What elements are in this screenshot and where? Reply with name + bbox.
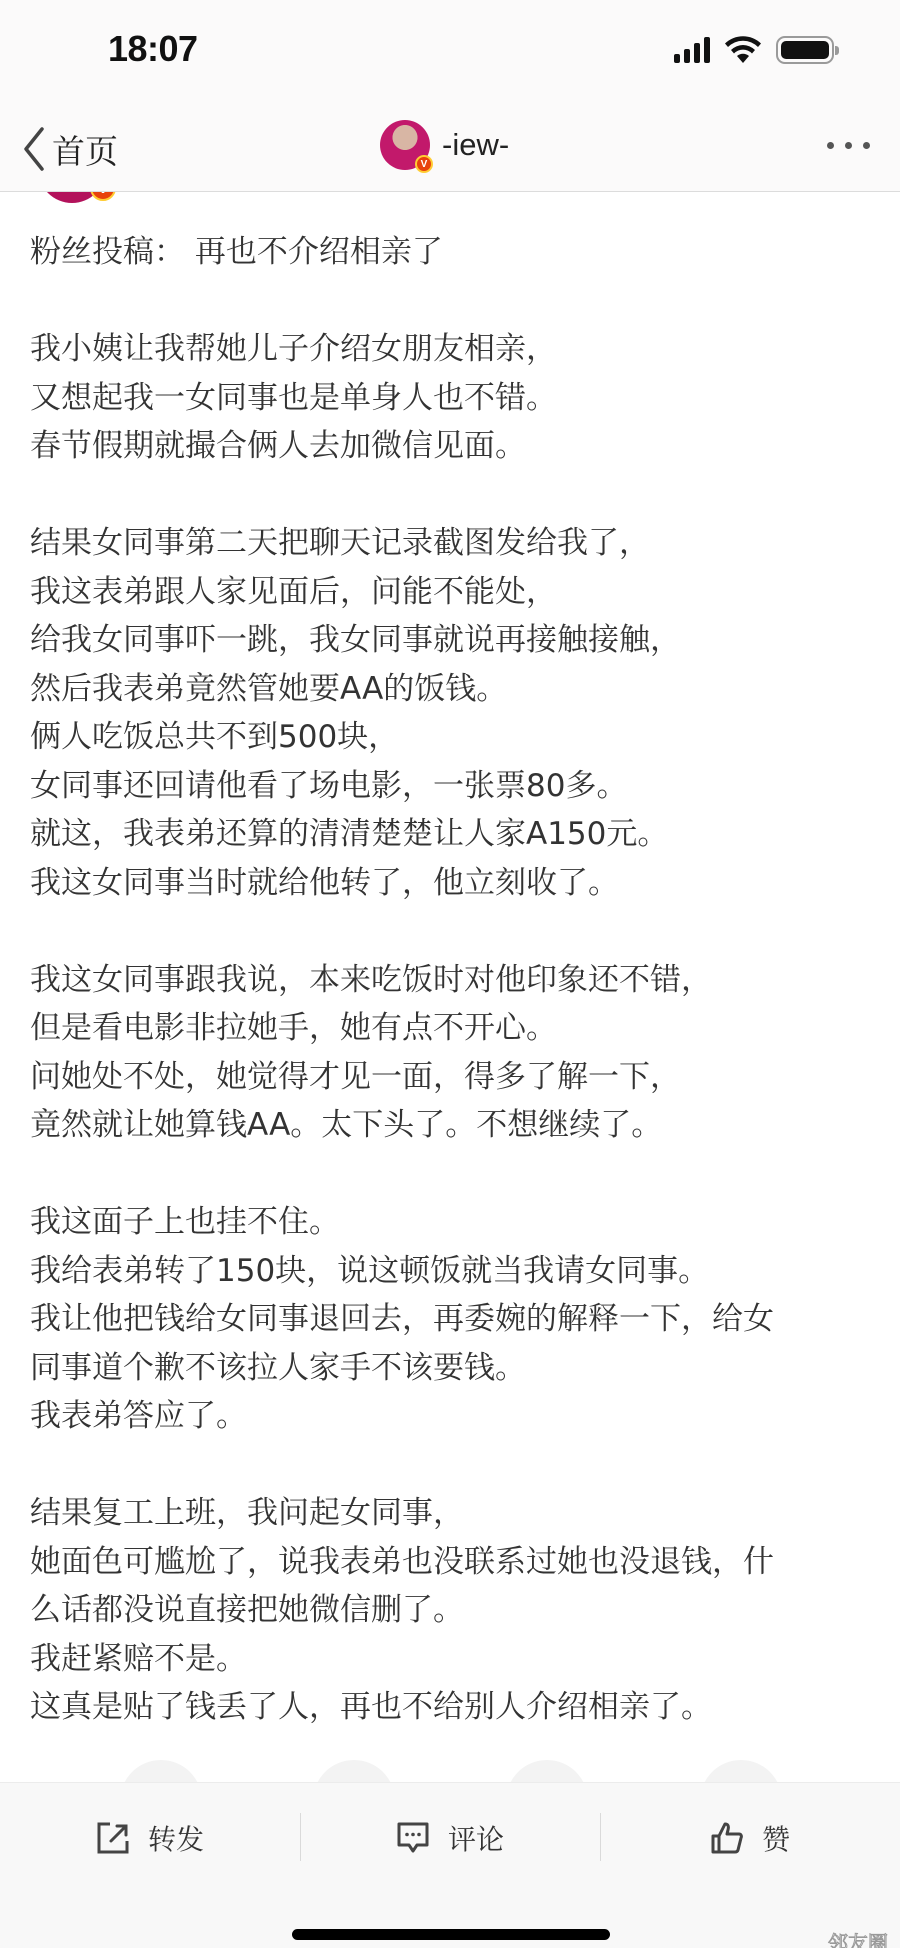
home-indicator[interactable] (292, 1929, 610, 1940)
post-title: 粉丝投稿： 再也不介绍相亲了 (30, 228, 870, 277)
comment-icon (396, 1821, 430, 1855)
post-line: 我这表弟跟人家见面后，问能不能处， (30, 568, 870, 617)
post-line: 这真是贴了钱丢了人，再也不给别人介绍相亲了。 (30, 1683, 870, 1732)
post-body: 粉丝投稿： 再也不介绍相亲了 我小姨让我帮她儿子介绍女朋友相亲， 又想起我一女同… (30, 228, 870, 1732)
post-line: 结果复工上班，我问起女同事， (30, 1489, 870, 1538)
comment-label: 评论 (448, 1818, 504, 1858)
post-line: 我小姨让我帮她儿子介绍女朋友相亲， (30, 325, 870, 374)
nav-bar: 首页 V -iew- (0, 110, 900, 192)
watermark: 邻友圈 (828, 1927, 888, 1948)
nav-user[interactable]: V -iew- (380, 120, 509, 170)
post-line: 我赶紧赔不是。 (30, 1635, 870, 1684)
post-line: 我让他把钱给女同事退回去，再委婉的解释一下，给女 (30, 1295, 870, 1344)
post-line: 她面色可尴尬了，说我表弟也没联系过她也没退钱，什 (30, 1538, 870, 1587)
status-time: 18:07 (108, 28, 198, 70)
action-bar: 转发 评论 赞 邻友圈 (0, 1782, 900, 1948)
wifi-icon (724, 36, 762, 64)
post-line: 但是看电影非拉她手，她有点不开心。 (30, 1004, 870, 1053)
avatar[interactable]: V (380, 120, 430, 170)
post-line: 我这面子上也挂不住。 (30, 1198, 870, 1247)
status-bar: 18:07 (0, 0, 900, 110)
battery-icon (776, 36, 834, 64)
repost-button[interactable]: 转发 (96, 1813, 204, 1863)
divider (600, 1813, 601, 1861)
back-button[interactable]: 首页 (22, 124, 118, 174)
like-label: 赞 (762, 1818, 790, 1858)
divider (300, 1813, 301, 1861)
post-line: 问她处不处，她觉得才见一面，得多了解一下， (30, 1053, 870, 1102)
post-line: 春节假期就撮合俩人去加微信见面。 (30, 422, 870, 471)
post-line: 俩人吃饭总共不到500块， (30, 713, 870, 762)
like-button[interactable]: 赞 (710, 1813, 790, 1863)
post-line: 就这，我表弟还算的清清楚楚让人家A150元。 (30, 810, 870, 859)
post-line: 给我女同事吓一跳，我女同事就说再接触接触， (30, 616, 870, 665)
verified-badge-icon: V (415, 155, 433, 173)
post-line: 我这女同事当时就给他转了，他立刻收了。 (30, 859, 870, 908)
post-line: 女同事还回请他看了场电影，一张票80多。 (30, 762, 870, 811)
repost-label: 转发 (148, 1818, 204, 1858)
post-line: 然后我表弟竟然管她要AA的饭钱。 (30, 665, 870, 714)
post-line: 么话都没说直接把她微信删了。 (30, 1586, 870, 1635)
post-line: 我这女同事跟我说，本来吃饭时对他印象还不错， (30, 956, 870, 1005)
post-line: 我给表弟转了150块，说这顿饭就当我请女同事。 (30, 1247, 870, 1296)
username[interactable]: -iew- (442, 127, 509, 163)
repost-icon (96, 1821, 130, 1855)
post-line: 我表弟答应了。 (30, 1392, 870, 1441)
post-line: 结果女同事第二天把聊天记录截图发给我了， (30, 519, 870, 568)
more-icon (827, 142, 834, 149)
back-label: 首页 (52, 126, 118, 173)
more-button[interactable] (827, 142, 870, 149)
post-line: 又想起我一女同事也是单身人也不错。 (30, 374, 870, 423)
chevron-left-icon (22, 126, 46, 172)
signal-icon (674, 37, 710, 63)
comment-button[interactable]: 评论 (396, 1813, 504, 1863)
thumbs-up-icon (710, 1821, 744, 1855)
post-line: 同事道个歉不该拉人家手不该要钱。 (30, 1344, 870, 1393)
status-icons (674, 36, 834, 64)
post-line: 竟然就让她算钱AA。太下头了。不想继续了。 (30, 1101, 870, 1150)
